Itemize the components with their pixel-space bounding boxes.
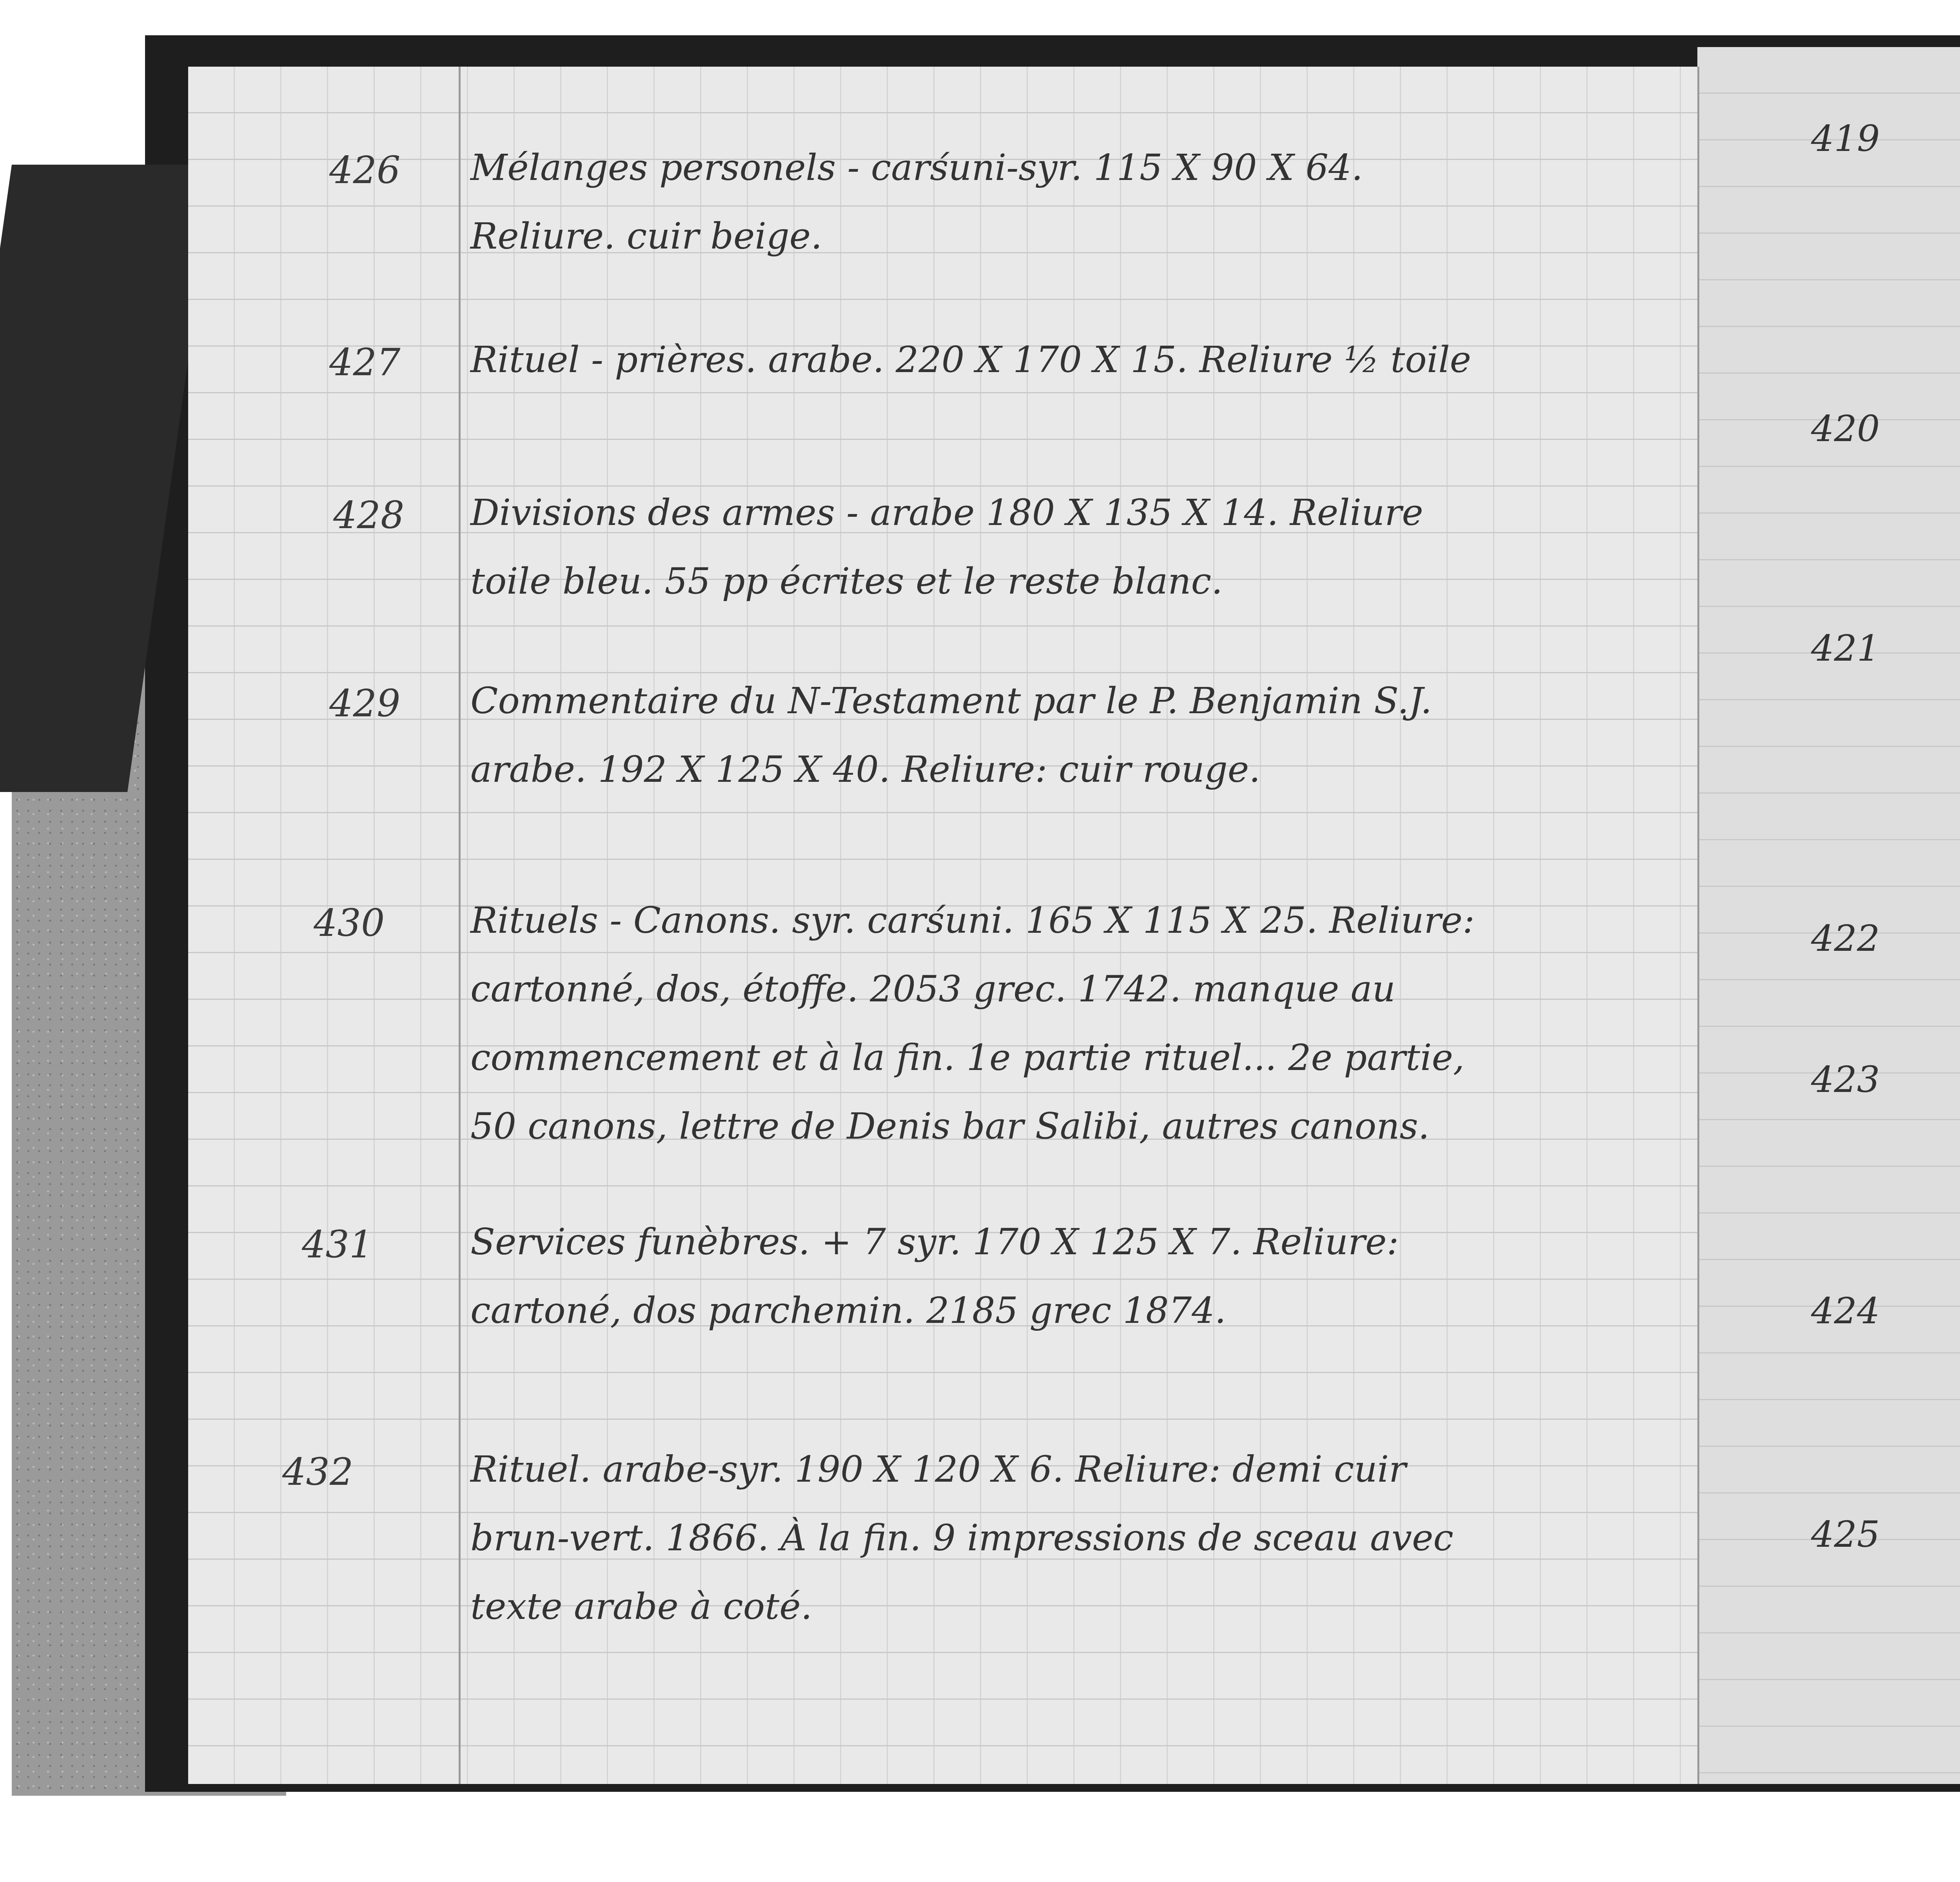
right-page-number: 421 [1811,627,1880,669]
entry-line: 50 canons, lettre de Denis bar Salibi, a… [470,1092,1430,1161]
entry-line: Divisions des armes - arabe 180 X 135 X … [470,478,1423,547]
entry-number: 426 [329,149,400,192]
entry-line: arabe. 192 X 125 X 40. Reliure: cuir rou… [470,735,1260,804]
entry-line: Rituels - Canons. syr. carśuni. 165 X 11… [470,886,1475,955]
right-page-number: 423 [1811,1059,1880,1101]
page-gutter [1697,67,1699,1784]
entry-number: 429 [329,682,400,725]
entry-line: brun-vert. 1866. À la fin. 9 impressions… [470,1504,1454,1572]
entry-line: Commentaire du N-Testament par le P. Ben… [470,667,1432,735]
entry-number: 430 [314,902,385,945]
entry-line: Reliure. cuir beige. [470,202,822,271]
right-page-number: 419 [1811,118,1880,160]
right-page-number: 422 [1811,917,1880,959]
entry-line: texte arabe à coté. [470,1572,812,1641]
entry-number: 431 [302,1223,373,1266]
entry-line: toile bleu. 55 pp écrites et le reste bl… [470,547,1223,616]
margin-line [459,67,461,1784]
entry-line: cartoné, dos parchemin. 2185 grec 1874. [470,1276,1226,1345]
right-page-number: 425 [1811,1513,1880,1555]
entry-line: commencement et à la fin. 1e partie ritu… [470,1023,1465,1092]
entry-line: Services funèbres. + 7 syr. 170 X 125 X … [470,1208,1399,1276]
entry-line: Rituel. arabe-syr. 190 X 120 X 6. Reliur… [470,1435,1406,1504]
right-page-number: 424 [1811,1290,1880,1332]
entry-line: cartonné, dos, étoffe. 2053 grec. 1742. … [470,955,1396,1023]
entry-line: Mélanges personels - carśuni-syr. 115 X … [470,133,1363,202]
entry-line: Rituel - prières. arabe. 220 X 170 X 15.… [470,325,1471,394]
entry-number: 428 [333,494,404,537]
right-page-number: 420 [1811,408,1880,450]
entry-number: 427 [329,341,400,384]
entry-number: 432 [282,1451,353,1494]
